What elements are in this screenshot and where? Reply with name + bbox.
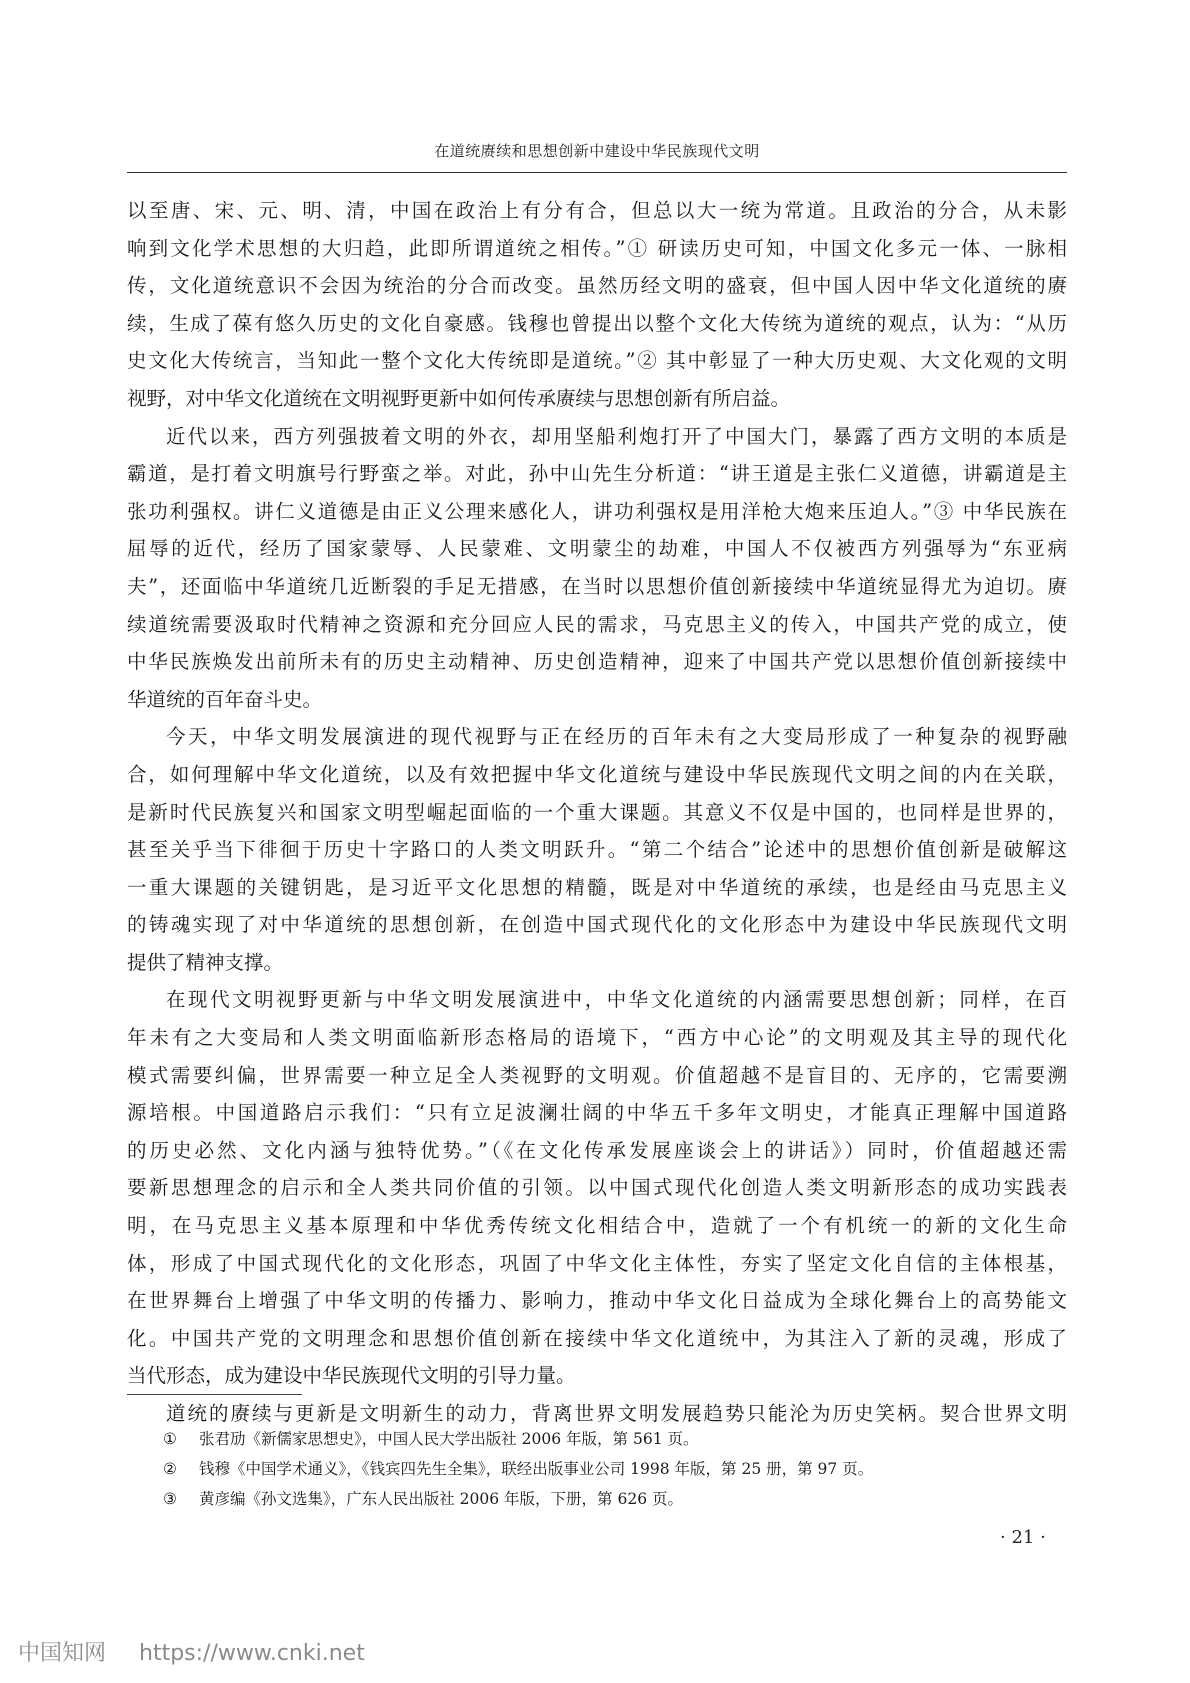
footnote-mark: ② — [163, 1456, 199, 1482]
footnote-text: 钱穆《中国学术通义》，《钱宾四先生全集》，联经出版事业公司 1998 年版，第 … — [199, 1460, 873, 1478]
text-line: 夫”，还面临中华道统几近断裂的手足无措感，在当时以思想价值创新接续中华道统显得尤… — [127, 568, 1067, 606]
footnote-text: 黄彦编《孙文选集》，广东人民出版社 2006 年版，下册，第 626 页。 — [199, 1490, 683, 1508]
watermark-url[interactable]: https://www.cnki.net — [139, 1641, 365, 1666]
text-line: 续道统需要汲取时代精神之资源和充分回应人民的需求，马克思主义的传入，中国共产党的… — [127, 606, 1067, 644]
watermark-brand: 中国知网 — [18, 1636, 106, 1667]
text-line: 在现代文明视野更新与中华文明发展演进中，中华文化道统的内涵需要思想创新；同样，在… — [127, 981, 1067, 1019]
footnote-item: ③黄彦编《孙文选集》，广东人民出版社 2006 年版，下册，第 626 页。 — [163, 1486, 1063, 1512]
text-line: 明，在马克思主义基本原理和中华优秀传统文化相结合中，造就了一个有机统一的新的文化… — [127, 1207, 1067, 1245]
footnote-item: ①张君劢《新儒家思想史》，中国人民大学出版社 2006 年版，第 561 页。 — [163, 1426, 1063, 1452]
header-rule — [127, 172, 1067, 173]
text-line: 的铸魂实现了对中华道统的思想创新，在创造中国式现代化的文化形态中为建设中华民族现… — [127, 906, 1067, 944]
text-line: 甚至关乎当下徘徊于历史十字路口的人类文明跃升。“第二个结合”论述中的思想价值创新… — [127, 831, 1067, 869]
text-line: 当代形态，成为建设中华民族现代文明的引导力量。 — [127, 1357, 1067, 1395]
text-line: 的历史必然、文化内涵与独特优势。”（《在文化传承发展座谈会上的讲话》）同时，价值… — [127, 1132, 1067, 1170]
text-line: 传，文化道统意识不会因为统治的分合而改变。虽然历经文明的盛衰，但中国人因中华文化… — [127, 267, 1067, 305]
text-line: 续，生成了葆有悠久历史的文化自豪感。钱穆也曾提出以整个文化大传统为道统的观点，认… — [127, 305, 1067, 343]
text-line: 以至唐、宋、元、明、清，中国在政治上有分有合，但总以大一统为常道。且政治的分合，… — [127, 192, 1067, 230]
text-line: 张功利强权。讲仁义道德是由正义公理来感化人，讲功利强权是用洋枪大炮来压迫人。”③… — [127, 493, 1067, 531]
text-line: 年未有之大变局和人类文明面临新形态格局的语境下，“西方中心论”的文明观及其主导的… — [127, 1019, 1067, 1057]
article-body: 以至唐、宋、元、明、清，中国在政治上有分有合，但总以大一统为常道。且政治的分合，… — [127, 192, 1067, 1433]
text-line: 化。中国共产党的文明理念和思想价值创新在接续中华文化道统中，为其注入了新的灵魂，… — [127, 1320, 1067, 1358]
text-line: 近代以来，西方列强披着文明的外衣，却用坚船利炮打开了中国大门，暴露了西方文明的本… — [127, 418, 1067, 456]
text-line: 在世界舞台上增强了中华文明的传播力、影响力，推动中华文化日益成为全球化舞台上的高… — [127, 1282, 1067, 1320]
footnote-mark: ③ — [163, 1486, 199, 1512]
text-line: 屈辱的近代，经历了国家蒙辱、人民蒙难、文明蒙尘的劫难，中国人不仅被西方列强辱为“… — [127, 530, 1067, 568]
page-number: · 21 · — [1000, 1527, 1046, 1548]
text-line: 一重大课题的关键钥匙，是习近平文化思想的精髓，既是对中华道统的承续，也是经由马克… — [127, 869, 1067, 907]
footnote-mark: ① — [163, 1426, 199, 1452]
text-line: 史文化大传统言，当知此一整个文化大传统即是道统。”② 其中彰显了一种大历史观、大… — [127, 342, 1067, 380]
watermark: 中国知网 https://www.cnki.net — [18, 1636, 365, 1667]
footnote-text: 张君劢《新儒家思想史》，中国人民大学出版社 2006 年版，第 561 页。 — [199, 1430, 699, 1448]
footnote-rule — [127, 1394, 302, 1395]
text-line: 是新时代民族复兴和国家文明型崛起面临的一个重大课题。其意义不仅是中国的，也同样是… — [127, 794, 1067, 832]
text-line: 响到文化学术思想的大归趋，此即所谓道统之相传。”① 研读历史可知，中国文化多元一… — [127, 230, 1067, 268]
footnotes: ①张君劢《新儒家思想史》，中国人民大学出版社 2006 年版，第 561 页。②… — [163, 1426, 1063, 1516]
text-line: 霸道，是打着文明旗号行野蛮之举。对此，孙中山先生分析道：“讲王道是主张仁义道德，… — [127, 455, 1067, 493]
text-line: 源培根。中国道路启示我们：“只有立足波澜壮阔的中华五千多年文明史，才能真正理解中… — [127, 1094, 1067, 1132]
running-title: 在道统赓续和思想创新中建设中华民族现代文明 — [127, 140, 1067, 161]
text-line: 中华民族焕发出前所未有的历史主动精神、历史创造精神，迎来了中国共产党以思想价值创… — [127, 643, 1067, 681]
text-line: 要新思想理念的启示和全人类共同价值的引领。以中国式现代化创造人类文明新形态的成功… — [127, 1169, 1067, 1207]
text-line: 体，形成了中国式现代化的文化形态，巩固了中华文化主体性，夯实了坚定文化自信的主体… — [127, 1245, 1067, 1283]
text-line: 华道统的百年奋斗史。 — [127, 681, 1067, 719]
text-line: 合，如何理解中华文化道统，以及有效把握中华文化道统与建设中华民族现代文明之间的内… — [127, 756, 1067, 794]
text-line: 视野，对中华文化道统在文明视野更新中如何传承赓续与思想创新有所启益。 — [127, 380, 1067, 418]
text-line: 今天，中华文明发展演进的现代视野与正在经历的百年未有之大变局形成了一种复杂的视野… — [127, 718, 1067, 756]
footnote-item: ②钱穆《中国学术通义》，《钱宾四先生全集》，联经出版事业公司 1998 年版，第… — [163, 1456, 1063, 1482]
text-line: 模式需要纠偏，世界需要一种立足全人类视野的文明观。价值超越不是盲目的、无序的，它… — [127, 1057, 1067, 1095]
text-line: 提供了精神支撑。 — [127, 944, 1067, 982]
